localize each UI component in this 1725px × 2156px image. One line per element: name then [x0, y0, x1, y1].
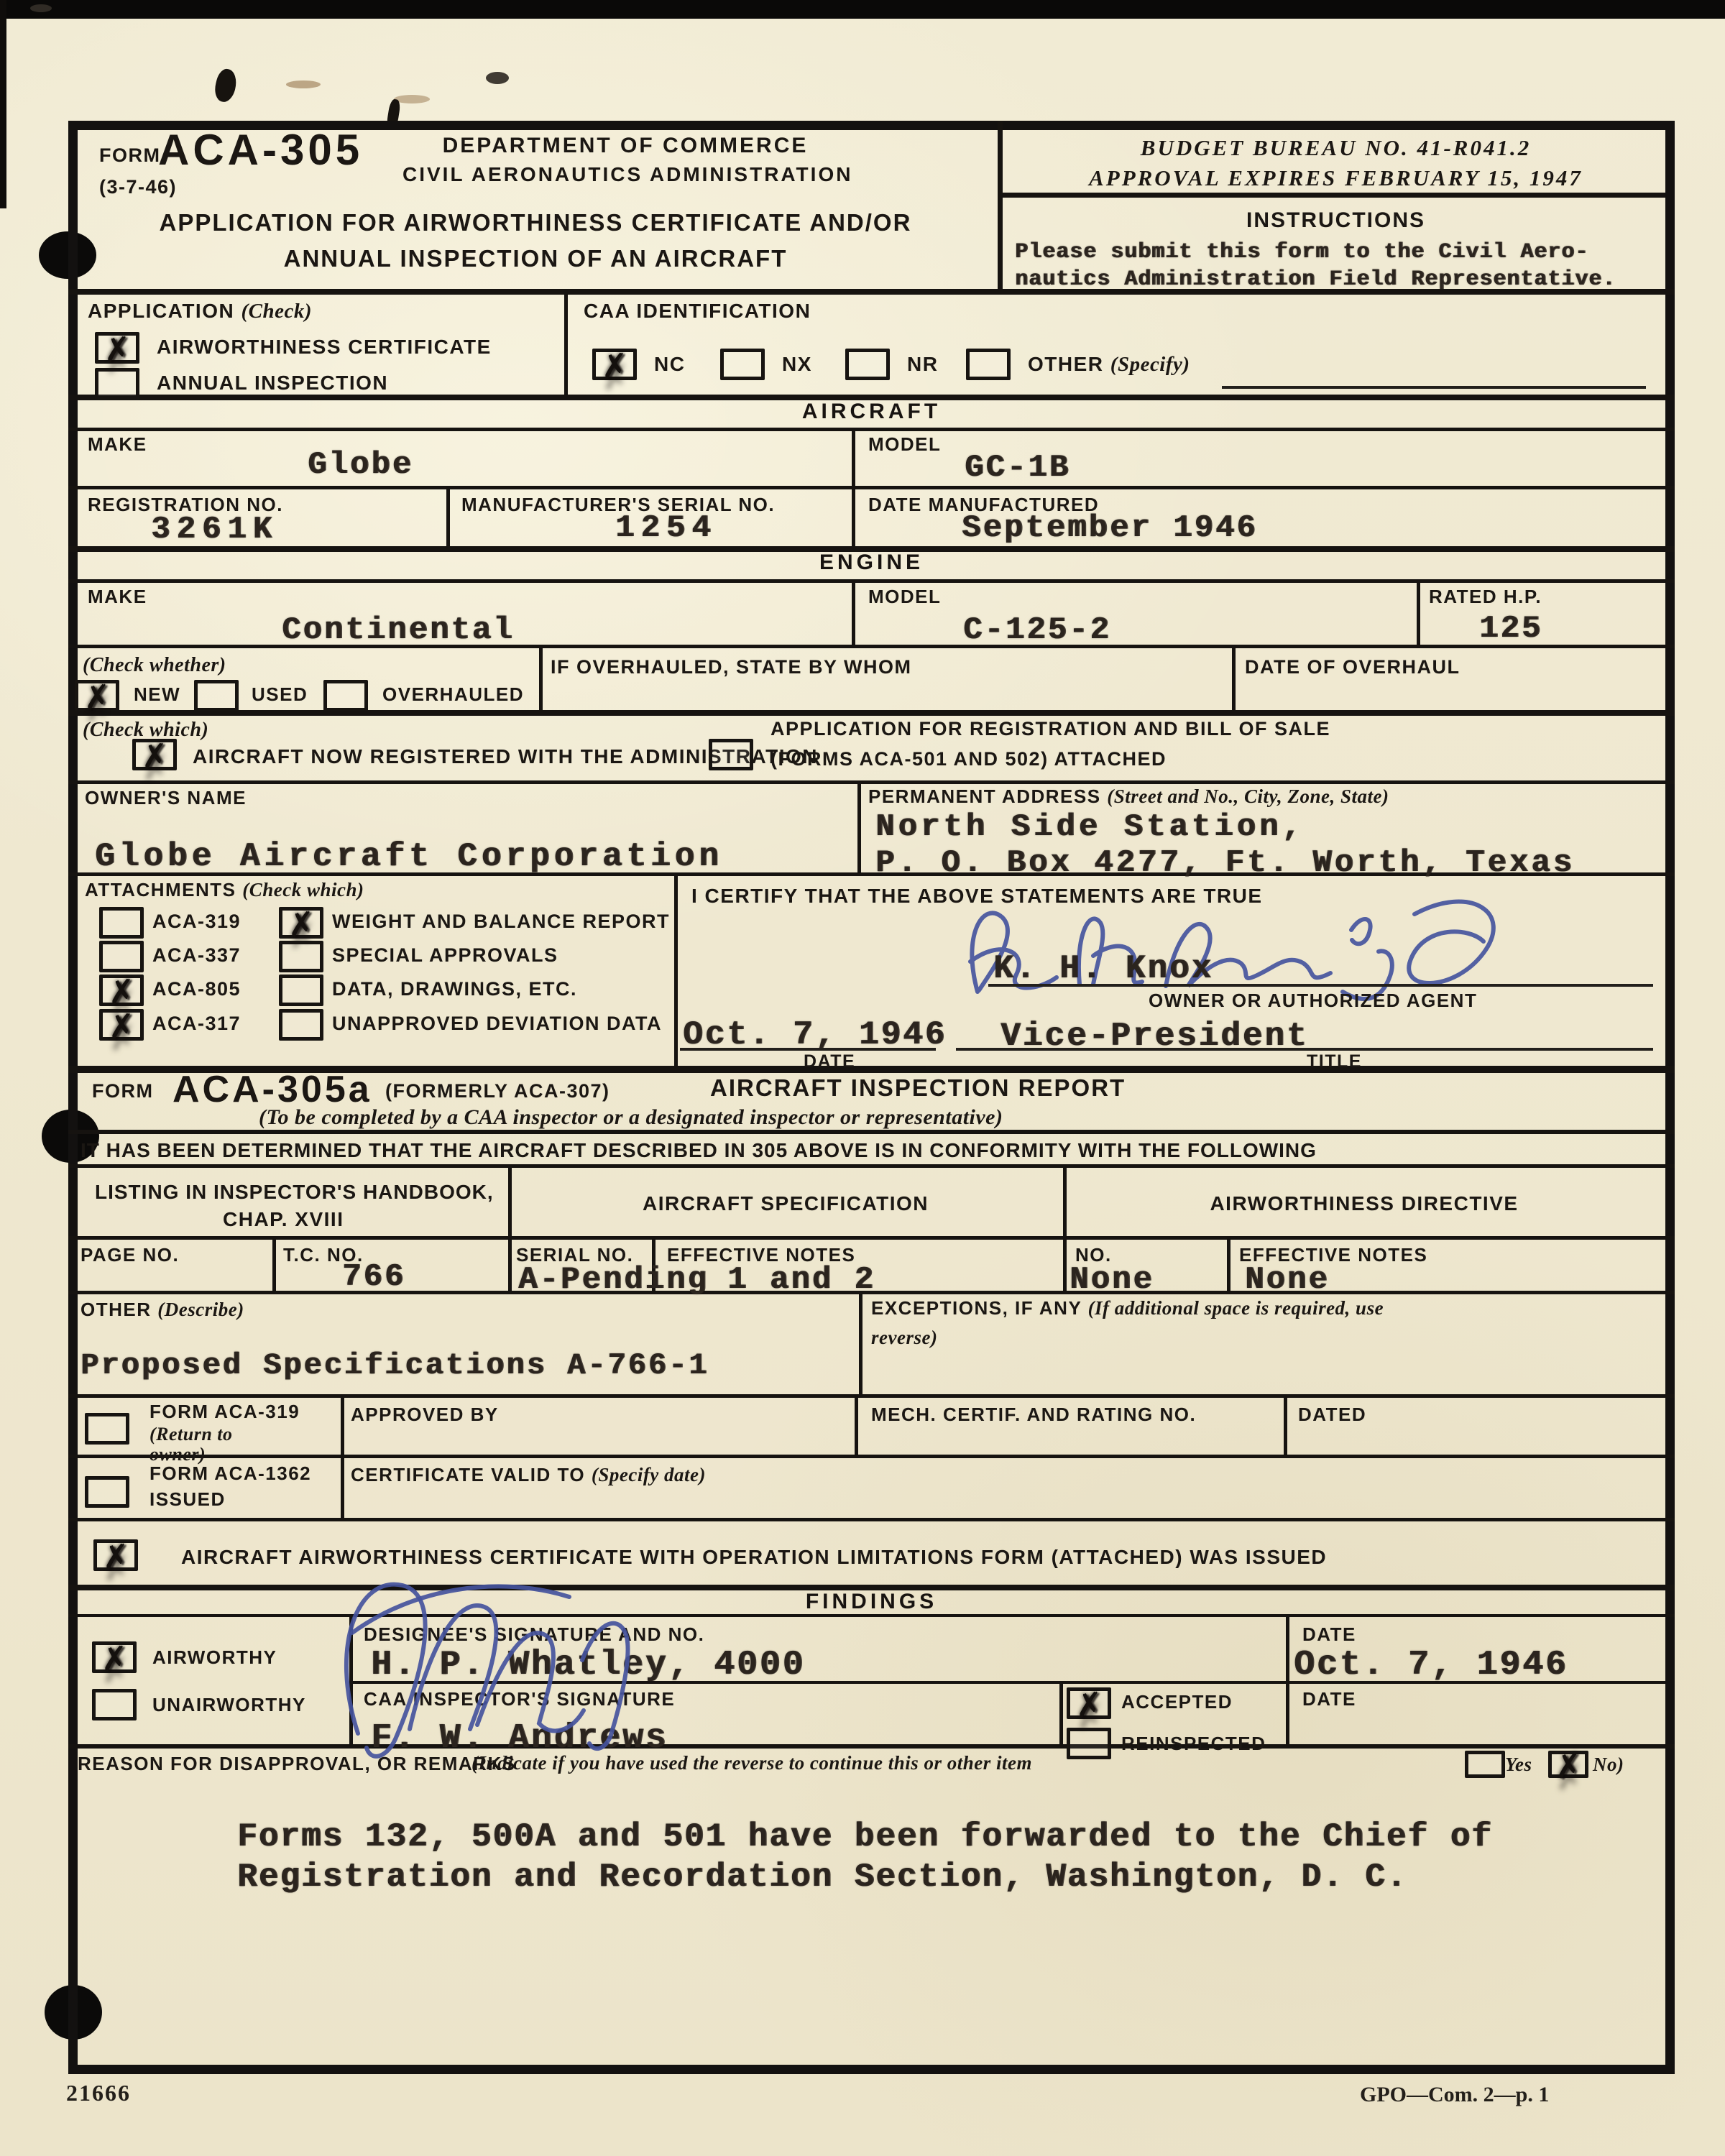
owner-signature-line[interactable]	[988, 984, 1653, 987]
budget-bureau-line1: BUDGET BUREAU NO. 41-R041.2	[1006, 135, 1665, 161]
remarks-line1: Forms 132, 500A and 501 have been forwar…	[237, 1818, 1493, 1856]
ink-smudge	[30, 4, 52, 12]
engine-model-label: MODEL	[868, 586, 941, 607]
instructions-line2: nautics Administration Field Representat…	[1015, 267, 1616, 292]
mech-certif-label: MECH. CERTIF. AND RATING NO.	[871, 1404, 1196, 1425]
application-label: APPLICATION (Check)	[88, 300, 312, 323]
tc-no-value: 766	[342, 1259, 405, 1295]
reason-yes-label: Yes	[1505, 1754, 1532, 1776]
v-divider	[1059, 1684, 1063, 1744]
v-divider	[998, 121, 1003, 293]
attachment-checkbox-unapproved-deviation[interactable]	[279, 1009, 323, 1041]
remarks-line2: Registration and Recordation Section, Wa…	[237, 1858, 1407, 1896]
registered-checkbox[interactable]	[132, 739, 177, 770]
attachments-label: ATTACHMENTS (Check which)	[85, 880, 364, 901]
airworthiness-certificate-checkbox[interactable]	[95, 332, 139, 364]
inspection-report-title: AIRCRAFT INSPECTION REPORT	[710, 1075, 1126, 1101]
h-divider	[68, 1455, 1675, 1458]
reason-label: REASON FOR DISAPPROVAL, OR REMARKS	[78, 1754, 516, 1774]
v-divider	[1232, 648, 1236, 710]
v-divider	[539, 648, 543, 710]
directive-effective-notes-value: None	[1245, 1262, 1330, 1298]
bill-of-sale-checkbox[interactable]	[709, 739, 753, 770]
unairworthy-checkbox[interactable]	[92, 1689, 137, 1720]
v-divider	[272, 1240, 276, 1291]
reason-yes-checkbox[interactable]	[1465, 1751, 1505, 1778]
form-aca-1362-sub: ISSUED	[149, 1489, 226, 1510]
form-aca-1362-label: FORM ACA-1362	[149, 1463, 311, 1484]
caa-identification-label: CAA IDENTIFICATION	[584, 300, 811, 323]
form-title-line1: APPLICATION FOR AIRWORTHINESS CERTIFICAT…	[137, 210, 934, 236]
budget-bureau-line2: APPROVAL EXPIRES FEBRUARY 15, 1947	[1006, 165, 1665, 191]
engine-overhauled-checkbox[interactable]	[323, 680, 368, 711]
form-305a-number: ACA-305a	[172, 1069, 372, 1110]
owner-signed-name: K. H. Knox	[993, 950, 1213, 987]
h-divider	[68, 1518, 1675, 1521]
other-checkbox[interactable]	[966, 349, 1011, 380]
engine-used-label: USED	[252, 684, 308, 705]
v-divider	[1063, 1168, 1067, 1291]
aircraft-make-label: MAKE	[88, 434, 147, 455]
aircraft-model-label: MODEL	[868, 434, 941, 455]
reinspected-checkbox[interactable]	[1067, 1728, 1111, 1759]
owner-agent-label: OWNER OR AUTHORIZED AGENT	[1149, 990, 1477, 1011]
v-divider	[564, 295, 568, 395]
other-label: OTHER (Specify)	[1028, 354, 1190, 377]
h-divider	[68, 710, 1675, 716]
certificate-issued-checkbox[interactable]	[93, 1539, 138, 1571]
engine-make-label: MAKE	[88, 586, 147, 607]
v-divider	[852, 431, 855, 486]
aircraft-section-title: AIRCRAFT	[68, 400, 1675, 424]
attachment-label-aca-319: ACA-319	[152, 911, 241, 933]
dated-label: DATED	[1298, 1404, 1366, 1425]
rated-hp-label: RATED H.P.	[1429, 586, 1542, 607]
unairworthy-label: UNAIRWORTHY	[152, 1695, 306, 1715]
h-divider	[68, 579, 1675, 583]
reason-note: (Indicate if you have used the reverse t…	[471, 1752, 1032, 1774]
engine-overhauled-label: OVERHAULED	[382, 684, 524, 705]
findings-date-label2: DATE	[1302, 1689, 1356, 1710]
form-305a-prefix: FORM	[92, 1081, 153, 1102]
form-aca-319-note1: (Return to	[149, 1424, 233, 1445]
aircraft-model-value: GC-1B	[965, 450, 1070, 486]
ink-smudge	[212, 67, 239, 103]
form-305a-formerly: (FORMERLY ACA-307)	[385, 1081, 610, 1102]
address-line1: North Side Station,	[875, 809, 1305, 845]
ink-smudge	[286, 80, 321, 88]
accepted-checkbox[interactable]	[1067, 1687, 1111, 1719]
registration-no-value: 3261K	[151, 512, 278, 548]
footer-stock-number: 21666	[66, 2080, 131, 2106]
nc-label: NC	[654, 354, 685, 376]
findings-date-label: DATE	[1302, 1624, 1356, 1645]
date-of-overhaul-label: DATE OF OVERHAUL	[1245, 657, 1460, 678]
certify-title-line[interactable]	[956, 1048, 1653, 1051]
attachment-checkbox-aca-319[interactable]	[99, 907, 144, 939]
annual-inspection-checkbox[interactable]	[95, 368, 139, 400]
effective-notes-value: 1 and 2	[727, 1262, 875, 1298]
accepted-label: ACCEPTED	[1121, 1692, 1233, 1713]
bill-of-sale-line2: (FORMS ACA-501 AND 502) ATTACHED	[770, 749, 1167, 770]
certify-date-line[interactable]	[680, 1048, 936, 1051]
page-no-label: PAGE NO.	[80, 1245, 179, 1266]
attachment-label-aca-317: ACA-317	[152, 1013, 241, 1035]
h-divider	[68, 780, 1675, 784]
department-line1: DEPARTMENT OF COMMERCE	[402, 134, 848, 157]
check-whether-label: (Check whether)	[83, 654, 226, 677]
department-line2: CIVIL AERONAUTICS ADMINISTRATION	[402, 164, 848, 186]
designee-signature-scrawl	[308, 1545, 696, 1775]
v-divider	[1286, 1617, 1289, 1744]
reason-no-checkbox[interactable]	[1548, 1751, 1588, 1778]
exceptions-label: EXCEPTIONS, IF ANY (If additional space …	[871, 1298, 1384, 1319]
attachment-label-unapproved-deviation: UNAPPROVED DEVIATION DATA	[332, 1013, 662, 1035]
spec-header: AIRCRAFT SPECIFICATION	[508, 1193, 1063, 1215]
attachment-checkbox-aca-337[interactable]	[99, 941, 144, 972]
attachment-label-aca-337: ACA-337	[152, 945, 241, 967]
h-divider	[68, 1130, 1675, 1134]
other-describe-label: OTHER (Describe)	[80, 1299, 244, 1321]
attachment-label-weight-balance: WEIGHT AND BALANCE REPORT	[332, 911, 670, 933]
form-title-line2: ANNUAL INSPECTION OF AN AIRCRAFT	[137, 246, 934, 272]
attachment-label-data-drawings: DATA, DRAWINGS, ETC.	[332, 979, 577, 1000]
reason-no-label: No)	[1593, 1754, 1624, 1776]
h-divider	[1003, 193, 1665, 198]
v-divider	[446, 489, 450, 546]
v-divider	[852, 489, 855, 546]
v-divider	[674, 876, 678, 1066]
inspection-subtitle: (To be completed by a CAA inspector or a…	[259, 1105, 1003, 1130]
engine-section-title: ENGINE	[68, 550, 1675, 575]
nc-checkbox[interactable]	[592, 349, 637, 380]
certificate-valid-label: CERTIFICATE VALID TO (Specify date)	[351, 1465, 706, 1486]
form-date: (3-7-46)	[99, 177, 177, 198]
engine-new-checkbox[interactable]	[75, 680, 119, 711]
v-divider	[1417, 583, 1420, 645]
engine-used-checkbox[interactable]	[194, 680, 239, 711]
h-divider	[68, 1164, 1675, 1168]
certify-title-label: TITLE	[1307, 1052, 1362, 1072]
airworthy-label: AIRWORTHY	[152, 1647, 277, 1668]
scan-edge-left	[0, 0, 6, 208]
other-describe-value: Proposed Specifications A-766-1	[80, 1348, 709, 1383]
rated-hp-value: 125	[1479, 611, 1542, 647]
h-divider	[68, 1236, 1675, 1240]
bill-of-sale-line1: APPLICATION FOR REGISTRATION AND BILL OF…	[770, 719, 1330, 740]
other-specify-line[interactable]	[1222, 386, 1646, 389]
nr-checkbox[interactable]	[845, 349, 890, 380]
v-divider	[857, 784, 861, 872]
h-divider	[68, 428, 1675, 431]
manufacturer-serial-value: 1254	[615, 510, 717, 546]
ink-smudge	[486, 72, 509, 84]
reinspected-label: REINSPECTED	[1121, 1733, 1266, 1754]
certify-date-label: DATE	[804, 1052, 855, 1072]
v-divider	[859, 1294, 862, 1394]
attachment-checkbox-special-approvals[interactable]	[279, 941, 323, 972]
annual-inspection-label: ANNUAL INSPECTION	[157, 372, 388, 395]
nx-checkbox[interactable]	[720, 349, 765, 380]
engine-model-value: C-125-2	[963, 612, 1111, 648]
v-divider	[1227, 1240, 1230, 1291]
form-prefix: FORM	[99, 145, 160, 167]
exceptions-label-line2: reverse)	[871, 1327, 937, 1349]
engine-make-value: Continental	[282, 612, 514, 648]
nr-label: NR	[907, 354, 938, 376]
airworthiness-certificate-label: AIRWORTHINESS CERTIFICATE	[157, 336, 492, 359]
h-divider	[68, 486, 1675, 489]
footer-gpo: GPO—Com. 2—p. 1	[1360, 2083, 1549, 2107]
permanent-address-label: PERMANENT ADDRESS (Street and No., City,…	[868, 786, 1389, 808]
h-divider	[68, 1394, 1675, 1398]
directive-no-value: None	[1069, 1262, 1154, 1298]
serial-no-value: A-Pending	[518, 1262, 709, 1298]
determined-statement: IT HAS BEEN DETERMINED THAT THE AIRCRAFT…	[80, 1140, 1317, 1162]
owner-name-value: Globe Aircraft Corporation	[95, 838, 723, 875]
aircraft-make-value: Globe	[308, 447, 413, 483]
v-divider	[508, 1168, 512, 1291]
v-divider	[1284, 1398, 1287, 1455]
scanned-form-page: FORM ACA-305 (3-7-46) DEPARTMENT OF COMM…	[0, 0, 1725, 2156]
airworthy-checkbox[interactable]	[92, 1641, 137, 1673]
attachment-checkbox-weight-balance[interactable]	[279, 907, 323, 939]
instructions-title: INSTRUCTIONS	[1006, 208, 1665, 232]
address-line2: P. O. Box 4277, Ft. Worth, Texas	[875, 845, 1575, 881]
date-manufactured-value: September 1946	[962, 510, 1258, 546]
attachment-checkbox-data-drawings[interactable]	[279, 975, 323, 1006]
v-divider	[855, 1398, 858, 1455]
attachment-checkbox-aca-805[interactable]	[99, 975, 144, 1006]
owner-name-label: OWNER'S NAME	[85, 788, 247, 808]
v-divider	[341, 1398, 344, 1518]
attachment-checkbox-aca-317[interactable]	[99, 1009, 144, 1041]
v-divider	[852, 583, 855, 645]
directive-header: AIRWORTHINESS DIRECTIVE	[1063, 1193, 1665, 1215]
attachment-label-aca-805: ACA-805	[152, 979, 241, 1000]
form-aca-319-label: FORM ACA-319	[149, 1401, 300, 1422]
findings-date-value: Oct. 7, 1946	[1294, 1646, 1568, 1685]
form-number: ACA-305	[158, 126, 363, 174]
approved-by-label: APPROVED BY	[351, 1404, 499, 1425]
form-aca-1362-checkbox[interactable]	[85, 1476, 129, 1508]
overhauled-by-label: IF OVERHAULED, STATE BY WHOM	[551, 657, 912, 678]
form-aca-319-checkbox[interactable]	[85, 1413, 129, 1445]
instructions-line1: Please submit this form to the Civil Aer…	[1015, 240, 1588, 264]
attachment-label-special-approvals: SPECIAL APPROVALS	[332, 945, 558, 967]
scan-edge-top	[0, 0, 1725, 19]
listing-header-line2: CHAP. XVIII	[223, 1209, 344, 1231]
nx-label: NX	[782, 354, 812, 376]
listing-header-line1: LISTING IN INSPECTOR'S HANDBOOK,	[95, 1181, 494, 1204]
engine-new-label: NEW	[134, 684, 180, 705]
